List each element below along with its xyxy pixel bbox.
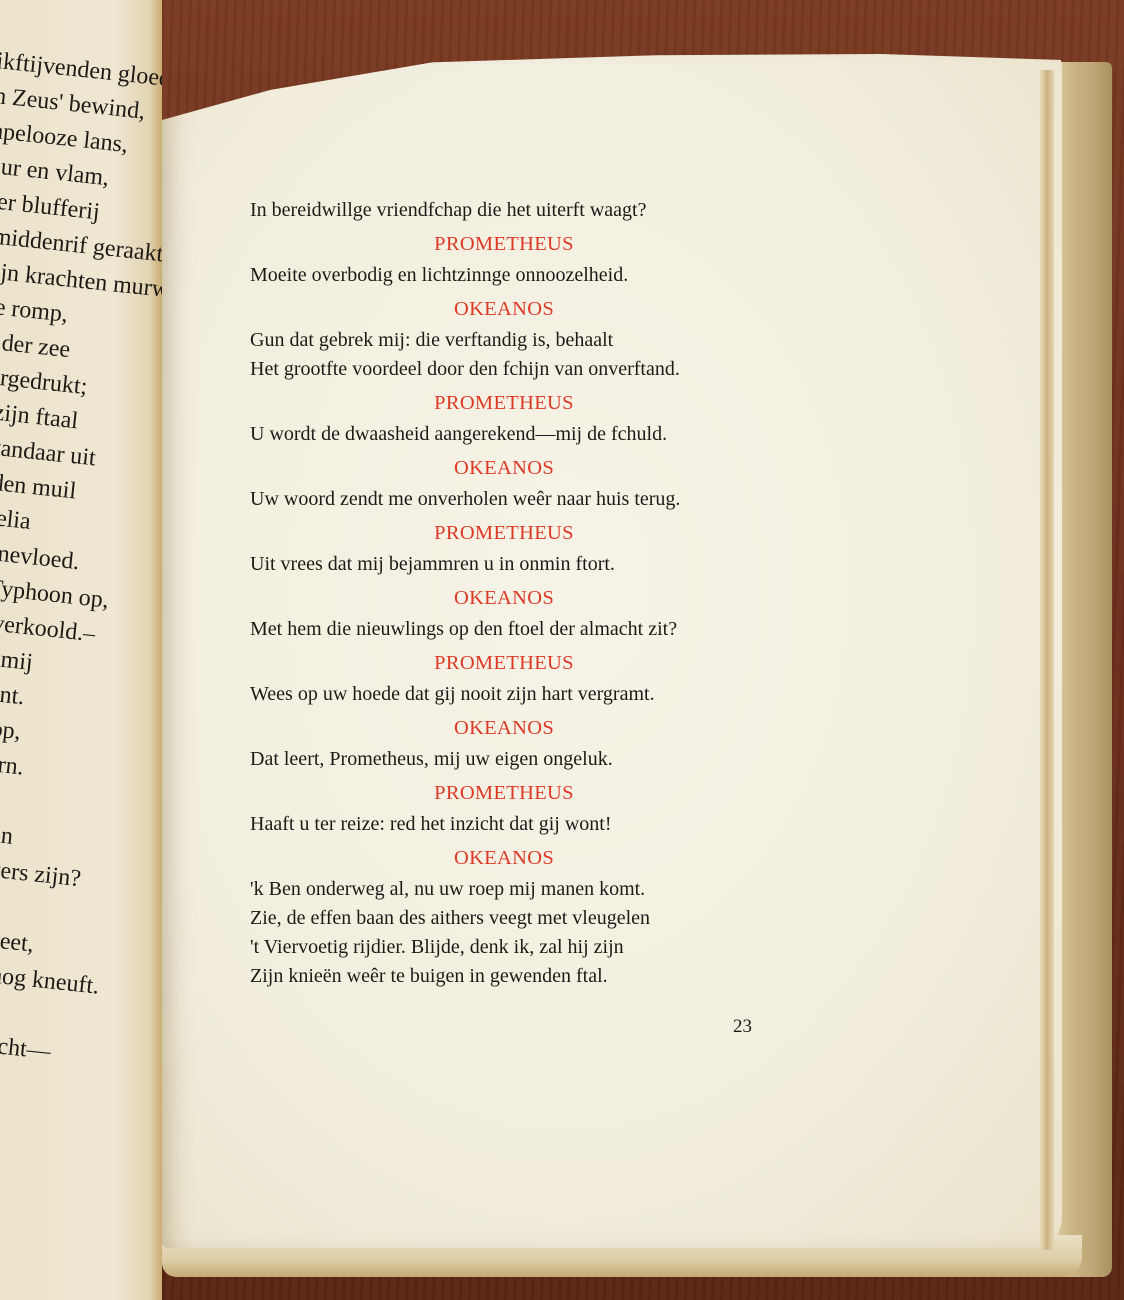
verse-line: In bereidwillge vriendfchap die het uite… — [250, 196, 810, 225]
deckle-edge — [1040, 70, 1054, 1250]
page-number: 23 — [733, 1016, 752, 1038]
verse-line: Haaft u ter reize: red het inzicht dat g… — [250, 810, 810, 839]
speaker-name: OKEANOS — [250, 292, 758, 326]
verse-line: Dat leert, Prometheus, mij uw eigen onge… — [250, 745, 810, 774]
verse-line: Moeite overbodig en lichtzinnge onnoozel… — [250, 261, 810, 290]
speaker-name: PROMETHEUS — [250, 646, 758, 680]
verse-line: U wordt de dwaasheid aangerekend—mij de … — [250, 420, 810, 449]
speaker-name: PROMETHEUS — [250, 227, 758, 261]
speaker-name: OKEANOS — [250, 711, 758, 745]
speaker-name: OKEANOS — [250, 841, 758, 875]
verse-line: Zijn knieën weêr te buigen in gewenden f… — [250, 962, 810, 991]
speaker-name: PROMETHEUS — [250, 386, 758, 420]
verse-line: Gun dat gebrek mij: die verftandig is, b… — [250, 326, 810, 355]
verse-line: Het grootfte voordeel door den fchijn va… — [250, 355, 810, 384]
left-page-text: fchrikftijvenden gloedhalen Zeus' bewind… — [0, 40, 162, 1077]
speaker-name: OKEANOS — [250, 451, 758, 485]
verse-line: Uw woord zendt me onverholen weêr naar h… — [250, 485, 810, 514]
left-page: fchrikftijvenden gloedhalen Zeus' bewind… — [0, 0, 162, 1300]
speaker-name: PROMETHEUS — [250, 776, 758, 810]
verse-line: 'k Ben onderweg al, nu uw roep mij manen… — [250, 875, 810, 904]
verse-line: 't Viervoetig rijdier. Blijde, denk ik, … — [250, 933, 810, 962]
play-text-block: In bereidwillge vriendfchap die het uite… — [250, 196, 810, 991]
speaker-name: OKEANOS — [250, 581, 758, 615]
verse-line: Zie, de effen baan des aithers veegt met… — [250, 904, 810, 933]
verse-line: Met hem die nieuwlings op den ftoel der … — [250, 615, 810, 644]
speaker-name: PROMETHEUS — [250, 516, 758, 550]
verse-line: Wees op uw hoede dat gij nooit zijn hart… — [250, 680, 810, 709]
verse-line: Uit vrees dat mij bejammren u in onmin f… — [250, 550, 810, 579]
